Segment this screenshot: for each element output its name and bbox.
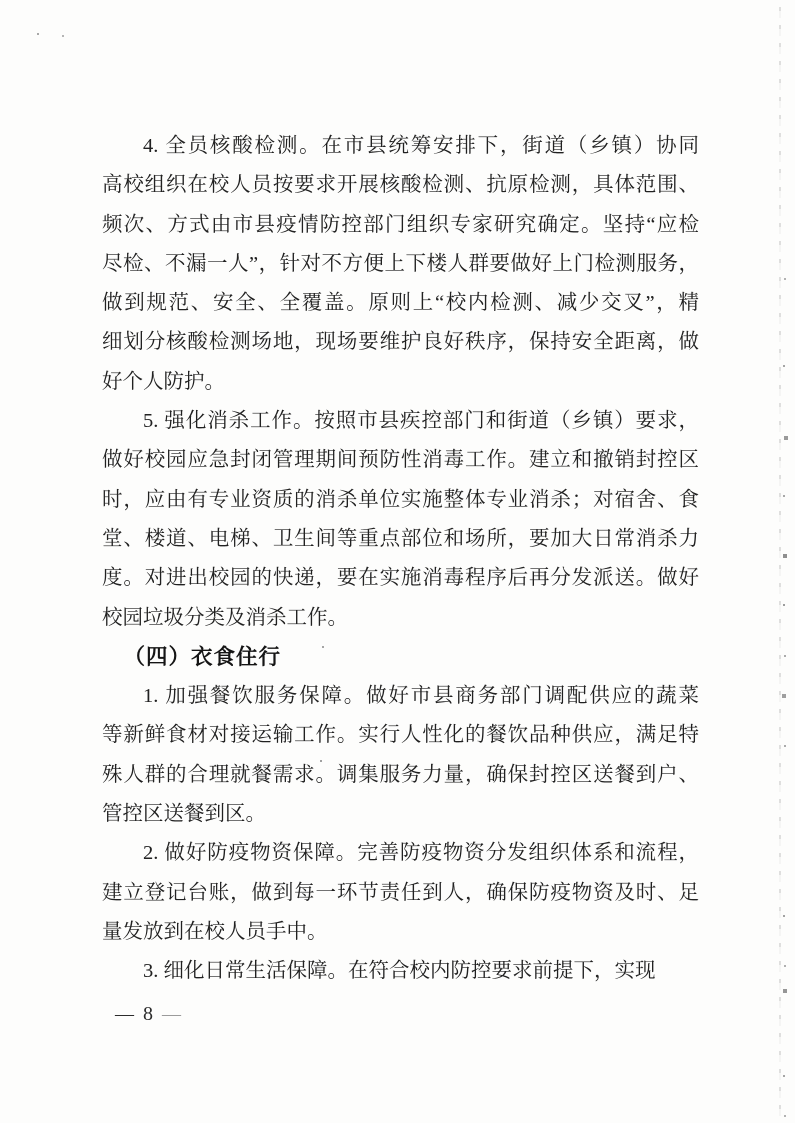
- page-number-dash-right: —: [162, 1003, 180, 1027]
- scan-artifact-vertical-line: [779, 0, 781, 1123]
- paragraph-3-daily-life-support: 3. 细化日常生活保障。在符合校内防控要求前提下，实现: [102, 952, 699, 991]
- text-line: 度。对进出校园的快递，要在实施消毒程序后再分发派送。做好: [102, 559, 699, 598]
- paragraph-4-mass-nucleic-acid-testing: 4. 全员核酸检测。在市县统筹安排下，街道（乡镇）协同高校组织在校人员按要求开展…: [102, 127, 699, 402]
- text-line: （四）衣食住行: [102, 638, 699, 677]
- text-line: 1. 加强餐饮服务保障。做好市县商务部门调配供应的蔬菜: [102, 677, 699, 716]
- text-line: 校园垃圾分类及消杀工作。: [102, 599, 699, 638]
- text-line: 时，应由有专业资质的消杀单位实施整体专业消杀；对宿舍、食: [102, 481, 699, 520]
- page-number-dash-left: —: [115, 1003, 134, 1027]
- text-line: 高校组织在校人员按要求开展核酸检测、抗原检测，具体范围、: [102, 166, 699, 205]
- scan-artifact-specks: [37, 33, 39, 35]
- paragraph-1-catering-service-support: 1. 加强餐饮服务保障。做好市县商务部门调配供应的蔬菜等新鲜食材对接运输工作。实…: [102, 677, 699, 834]
- text-line: 做好校园应急封闭管理期间预防性消毒工作。建立和撤销封控区: [102, 441, 699, 480]
- text-line: 4. 全员核酸检测。在市县统筹安排下，街道（乡镇）协同: [102, 127, 699, 166]
- document-body: 4. 全员核酸检测。在市县统筹安排下，街道（乡镇）协同高校组织在校人员按要求开展…: [102, 127, 699, 992]
- text-line: 量发放到在校人员手中。: [102, 913, 699, 952]
- text-line: 建立登记台账，做到每一环节责任到人，确保防疫物资及时、足: [102, 874, 699, 913]
- text-line: 管控区送餐到区。: [102, 795, 699, 834]
- text-line: 等新鲜食材对接运输工作。实行人性化的餐饮品种供应，满足特: [102, 716, 699, 755]
- text-line: 好个人防护。: [102, 363, 699, 402]
- text-line: 堂、楼道、电梯、卫生间等重点部位和场所，要加大日常消杀力: [102, 520, 699, 559]
- paragraph-2-epidemic-supplies-support: 2. 做好防疫物资保障。完善防疫物资分发组织体系和流程，建立登记台账，做到每一环…: [102, 834, 699, 952]
- text-line: 频次、方式由市县疫情防控部门组织专家研究确定。坚持“应检: [102, 206, 699, 245]
- section-heading-4-clothing-food-housing-transport: （四）衣食住行: [102, 638, 699, 677]
- text-line: 2. 做好防疫物资保障。完善防疫物资分发组织体系和流程，: [102, 834, 699, 873]
- scanned-document-page: 4. 全员核酸检测。在市县统筹安排下，街道（乡镇）协同高校组织在校人员按要求开展…: [0, 0, 795, 1123]
- text-line: 5. 强化消杀工作。按照市县疾控部门和街道（乡镇）要求，: [102, 402, 699, 441]
- text-line: 做到规范、安全、全覆盖。原则上“校内检测、减少交叉”，精: [102, 284, 699, 323]
- text-line: 殊人群的合理就餐需求。调集服务力量，确保封控区送餐到户、: [102, 756, 699, 795]
- paragraph-5-strengthen-disinfection: 5. 强化消杀工作。按照市县疾控部门和街道（乡镇）要求，做好校园应急封闭管理期间…: [102, 402, 699, 638]
- page-number: — 8 —: [115, 1002, 180, 1027]
- text-line: 尽检、不漏一人”，针对不方便上下楼人群要做好上门检测服务，: [102, 245, 699, 284]
- page-number-value: 8: [143, 1002, 153, 1026]
- text-line: 细划分核酸检测场地，现场要维护良好秩序，保持安全距离，做: [102, 323, 699, 362]
- text-line: 3. 细化日常生活保障。在符合校内防控要求前提下，实现: [102, 952, 699, 991]
